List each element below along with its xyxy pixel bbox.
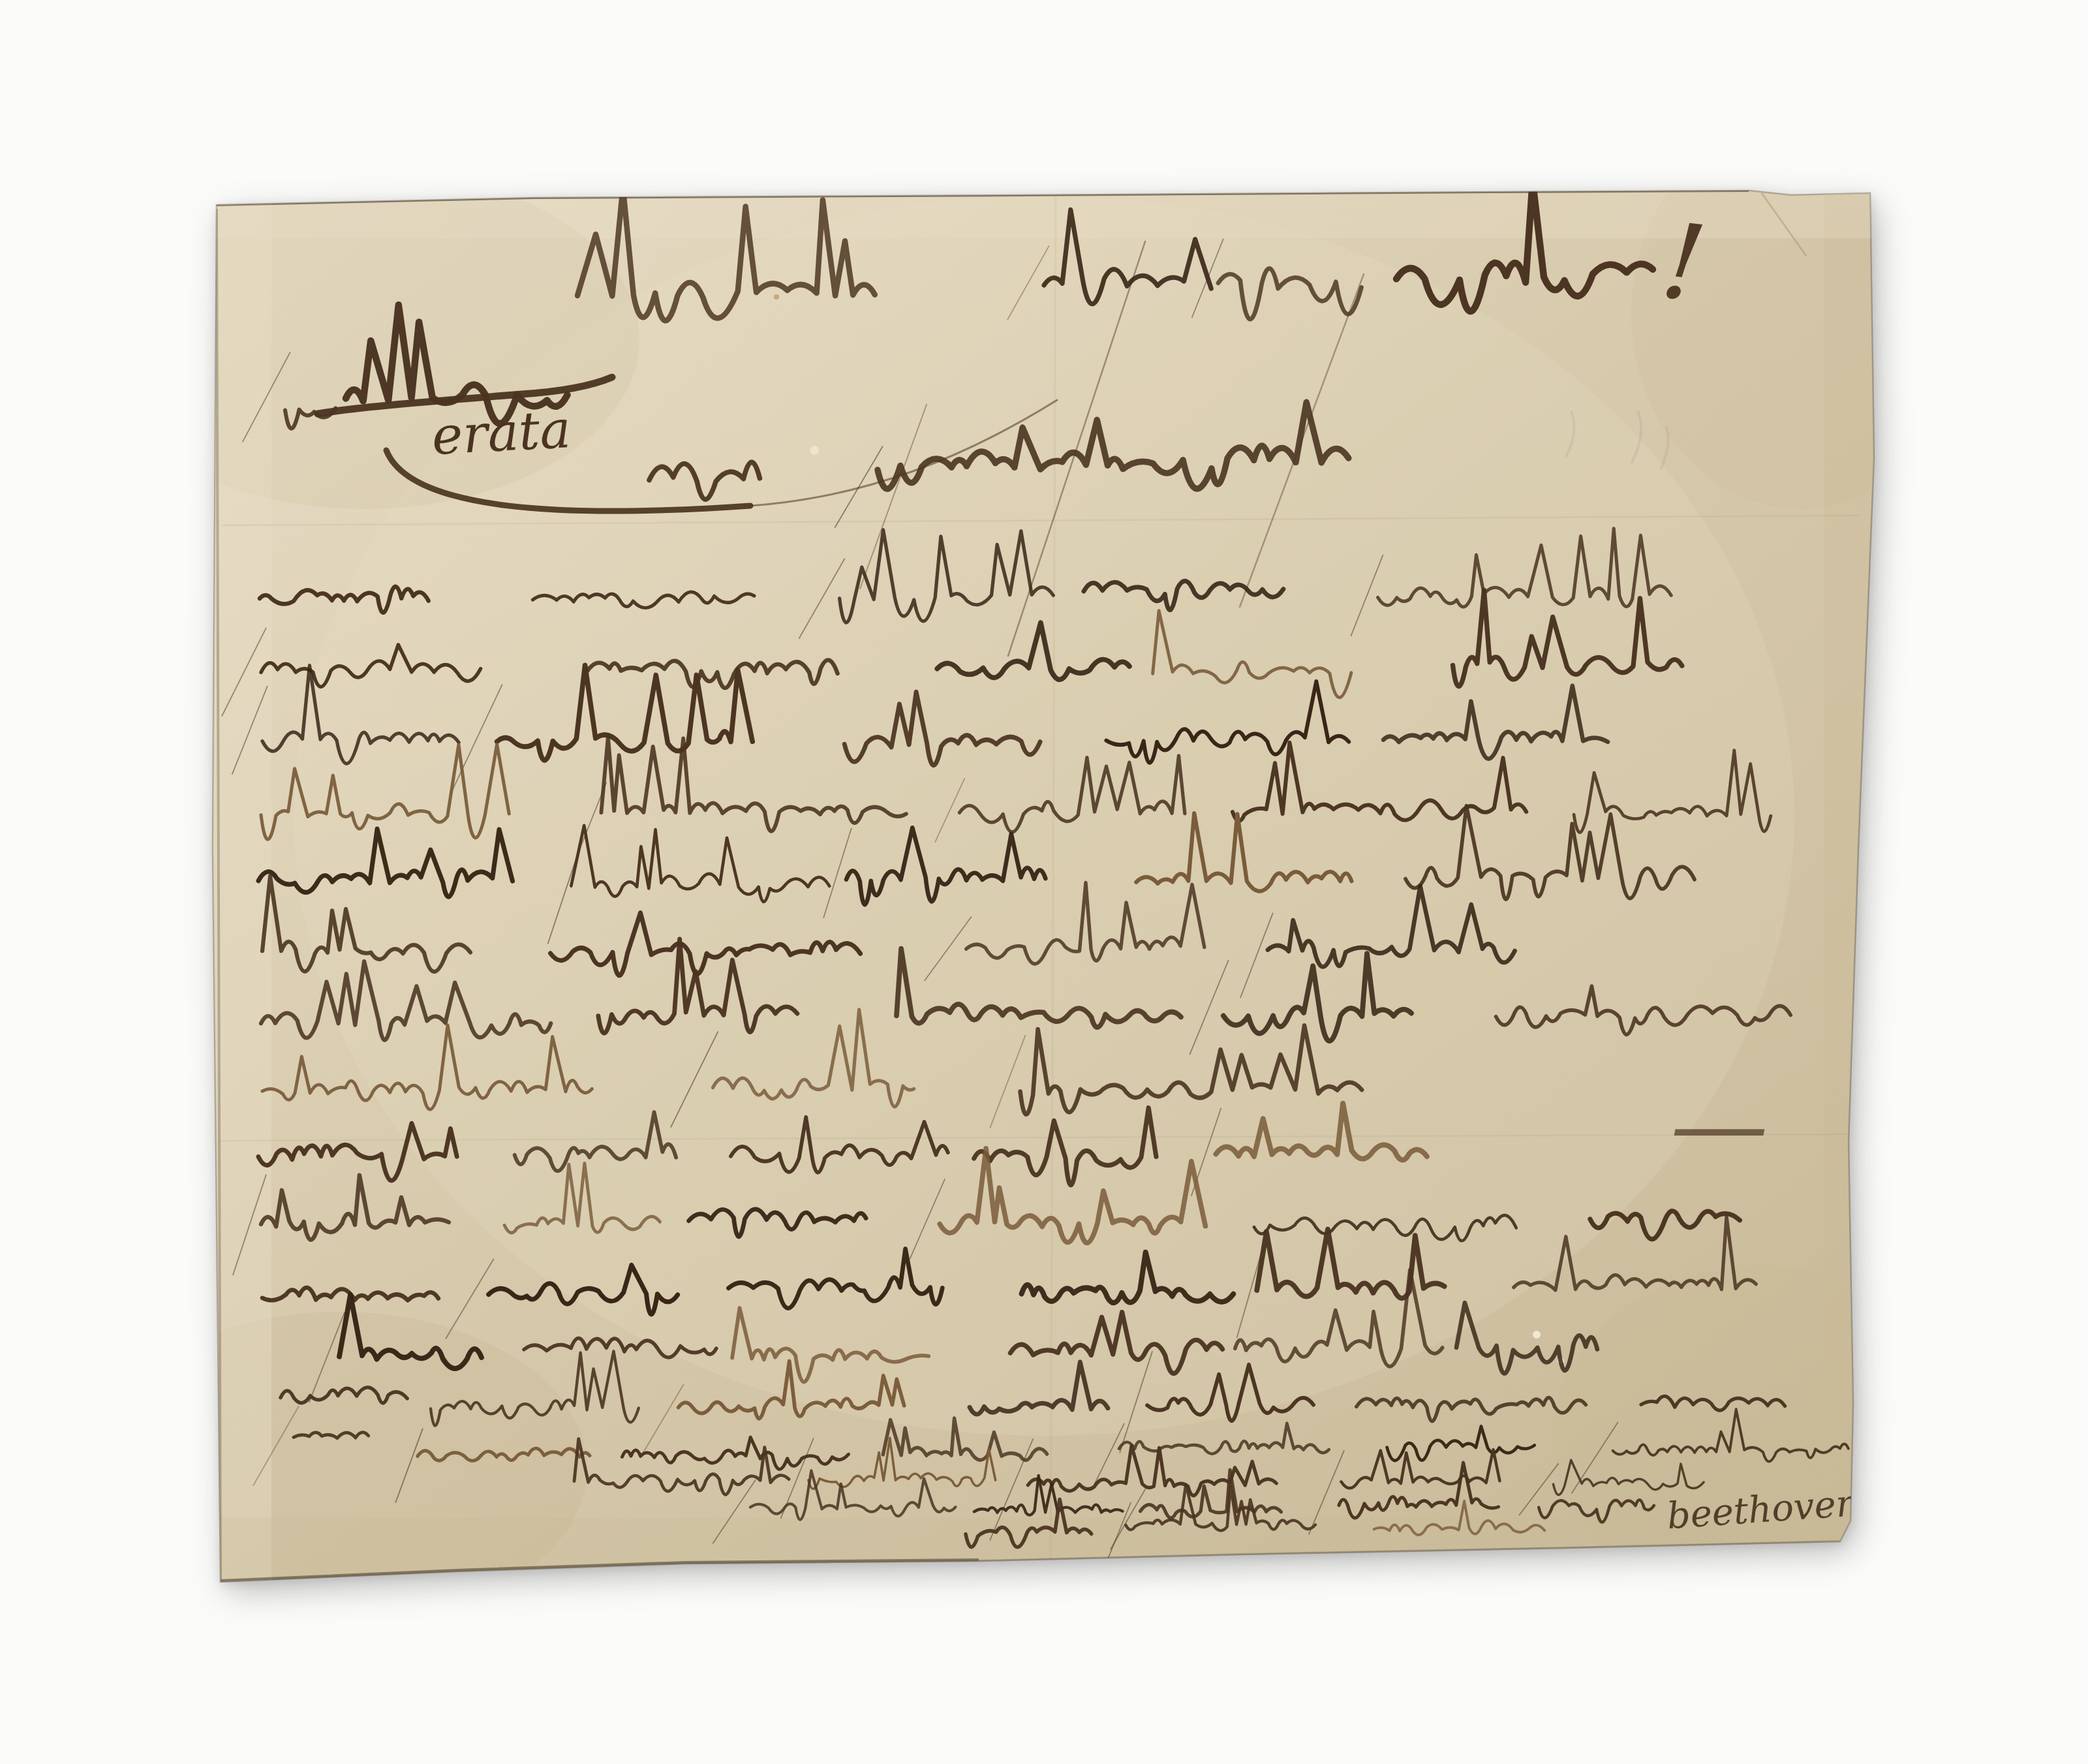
stain-spot bbox=[810, 446, 819, 455]
stain-spot bbox=[774, 294, 779, 300]
stain-spot bbox=[1533, 1331, 1541, 1338]
scan-background: erata ! — beethoven bbox=[0, 0, 2088, 1764]
line-end-dash: — bbox=[1670, 1068, 1768, 1182]
erata-annotation: erata bbox=[430, 399, 572, 467]
letter-scan: erata ! — beethoven bbox=[0, 0, 2088, 1764]
